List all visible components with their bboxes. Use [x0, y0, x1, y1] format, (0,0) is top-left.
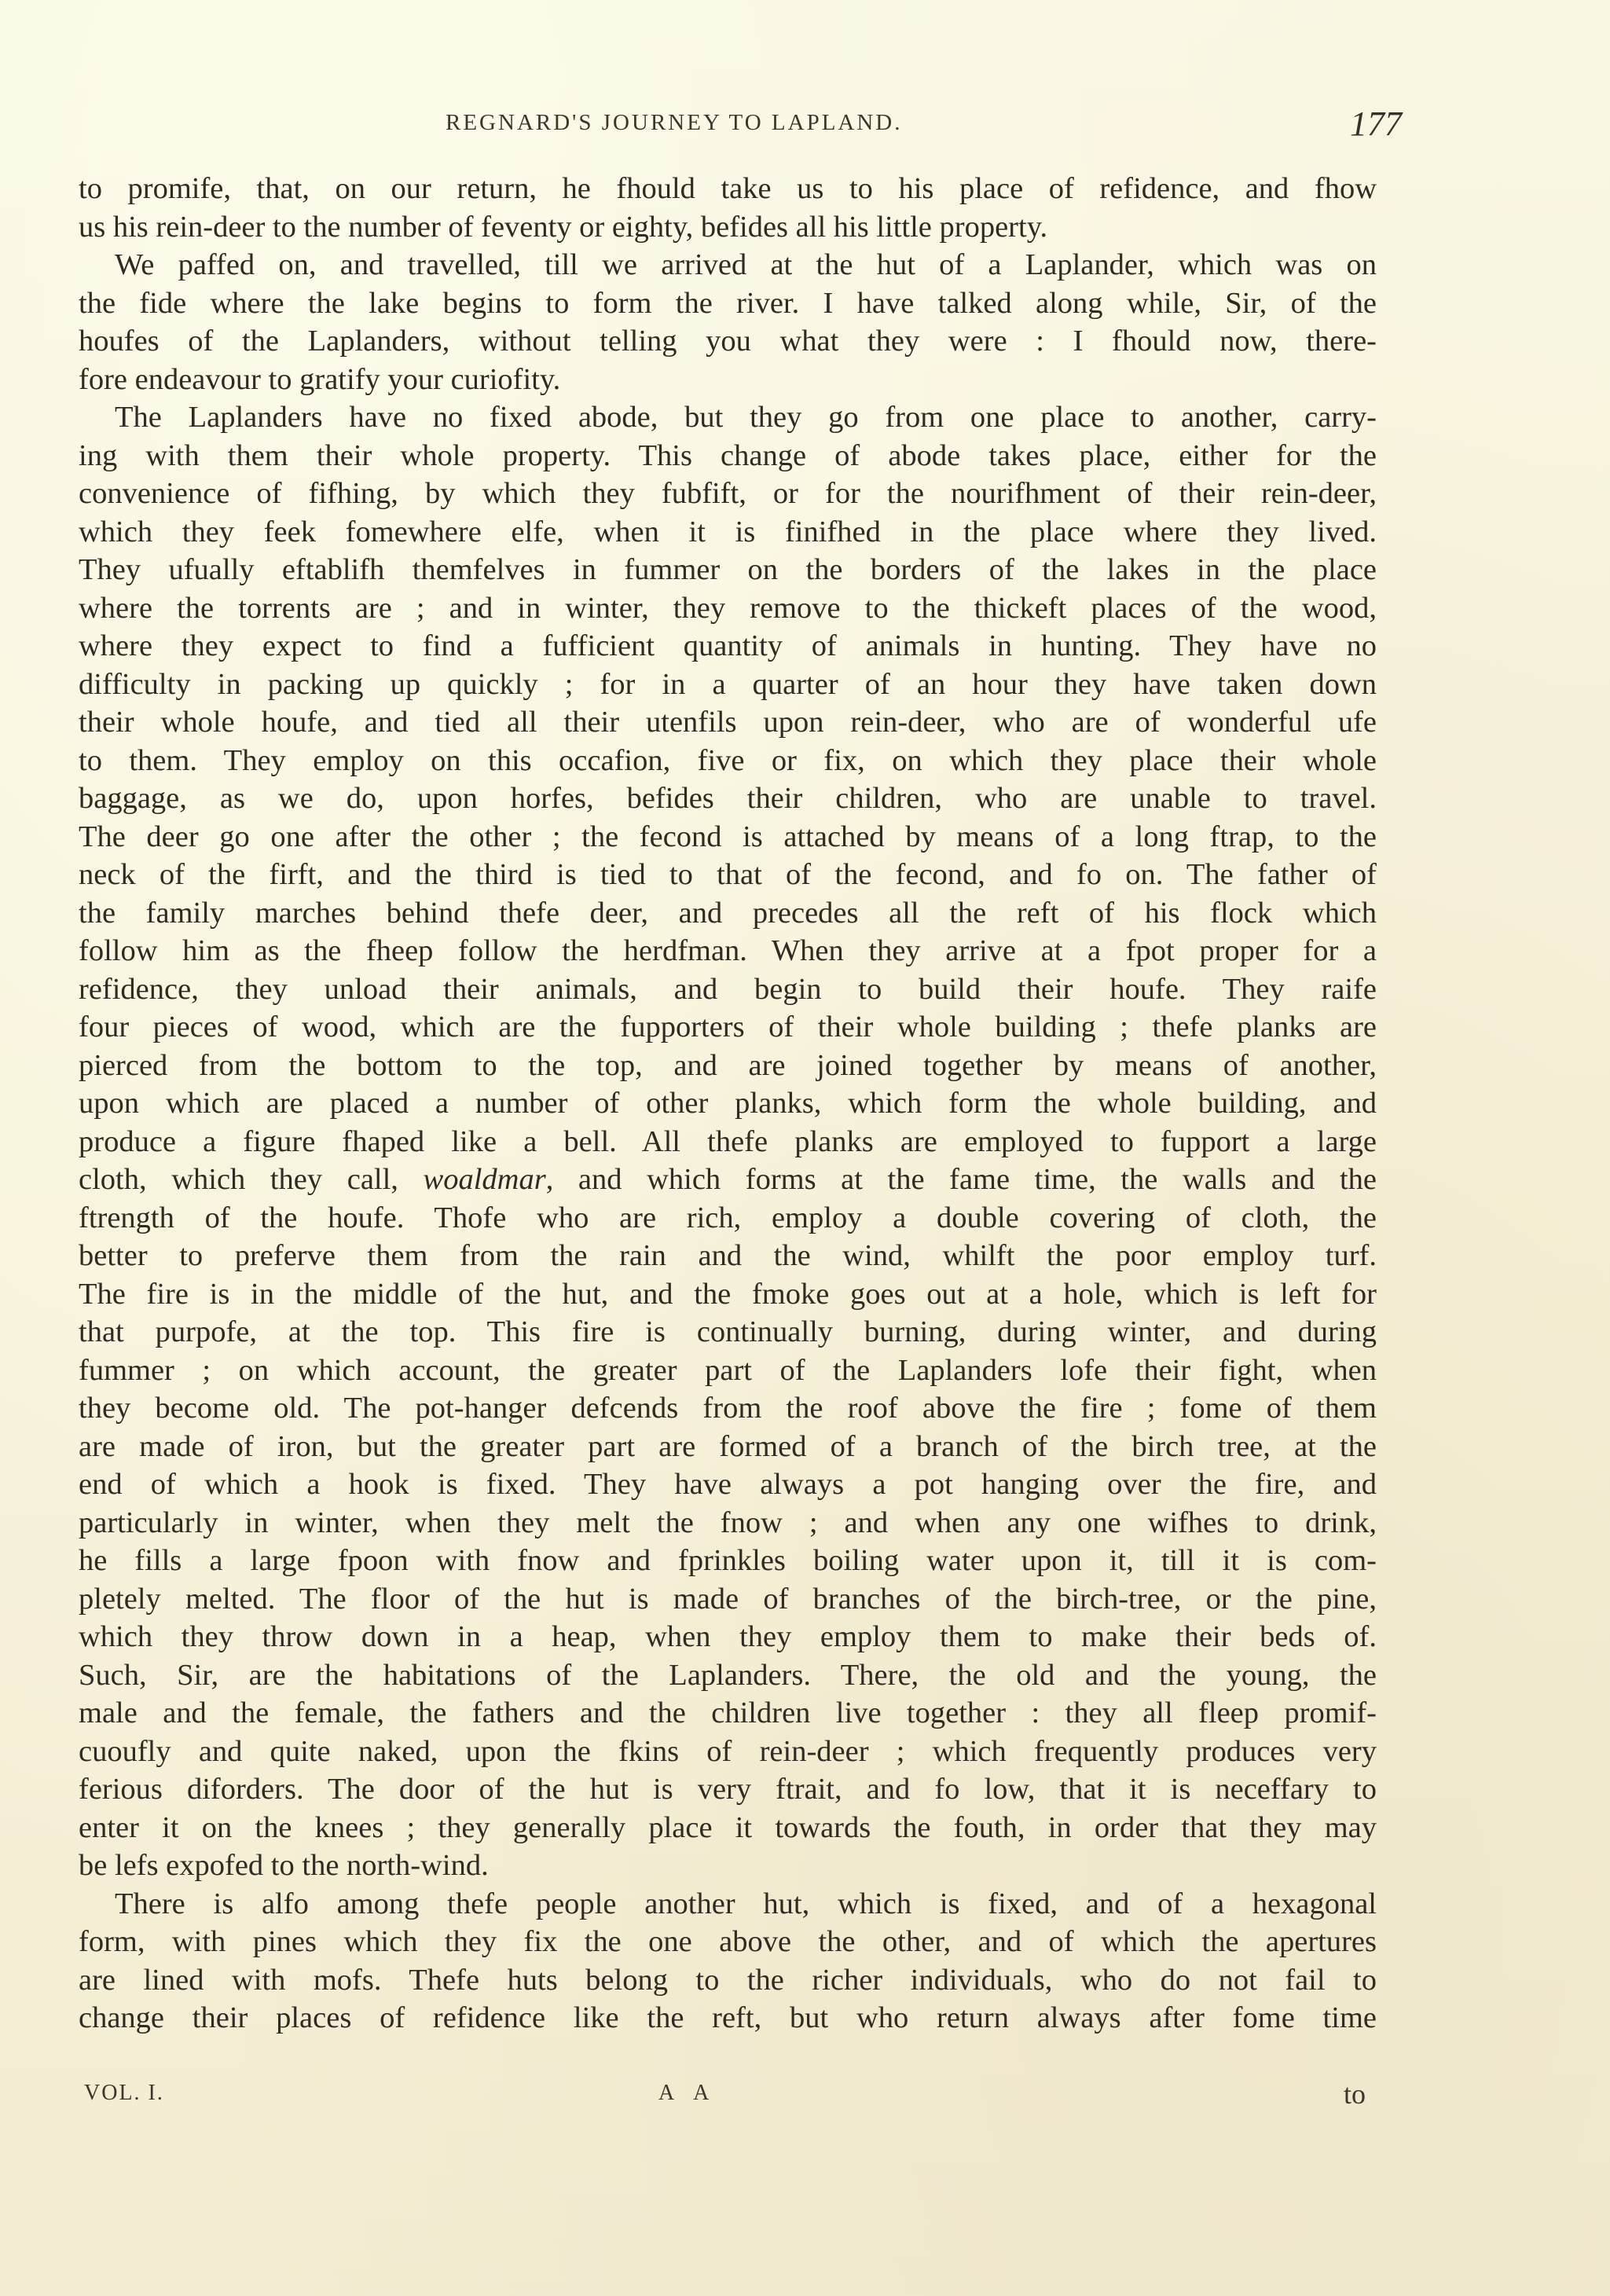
text-line: they become old. The pot-hanger defcends… — [79, 1389, 1377, 1428]
volume-label: VOL. I. — [84, 2081, 164, 2106]
catchword: to — [1344, 2078, 1366, 2111]
text-line: They ufually eftablifh themfelves in fum… — [79, 551, 1377, 589]
text-line: are made of iron, but the greater part a… — [79, 1428, 1377, 1466]
text-line: that purpofe, at the top. This fire is c… — [79, 1313, 1377, 1352]
body-text: to promife, that, on our return, he fhou… — [79, 170, 1377, 2037]
text-line: where they expect to find a fufficient q… — [79, 627, 1377, 666]
page-footer: VOL. I. A A to — [0, 2081, 1610, 2112]
text-line: be lefs expofed to the north-wind. — [79, 1847, 1377, 1885]
text-line: produce a figure fhaped like a bell. All… — [79, 1123, 1377, 1161]
text-line: to promife, that, on our return, he fhou… — [79, 170, 1377, 208]
text-line: better to preferve them from the rain an… — [79, 1237, 1377, 1275]
text-line: the family marches behind thefe deer, an… — [79, 894, 1377, 933]
text-line: four pieces of wood, which are the fuppo… — [79, 1008, 1377, 1047]
text-line: to them. They employ on this occafion, f… — [79, 742, 1377, 780]
text-line: The fire is in the middle of the hut, an… — [79, 1275, 1377, 1314]
italic-term: woaldmar — [424, 1163, 546, 1196]
text-line: form, with pines which they fix the one … — [79, 1923, 1377, 1961]
text-line: which they feek fomewhere elfe, when it … — [79, 513, 1377, 552]
text-line: fummer ; on which account, the greater p… — [79, 1352, 1377, 1390]
text-line: us his rein-deer to the number of fevent… — [79, 208, 1377, 247]
text-line: The deer go one after the other ; the fe… — [79, 818, 1377, 856]
text-line: difficulty in packing up quickly ; for i… — [79, 666, 1377, 704]
text-line: The Laplanders have no fixed abode, but … — [79, 398, 1377, 437]
text-line: fore endeavour to gratify your curiofity… — [79, 361, 1377, 399]
text-line: We paffed on, and travelled, till we arr… — [79, 246, 1377, 284]
text-line: are lined with mofs. Thefe huts belong t… — [79, 1961, 1377, 2000]
text-line: which they throw down in a heap, when th… — [79, 1618, 1377, 1656]
text-line: particularly in winter, when they melt t… — [79, 1504, 1377, 1542]
text-line: enter it on the knees ; they generally p… — [79, 1809, 1377, 1847]
text-line: cloth, which they call, woaldmar, and wh… — [79, 1161, 1377, 1199]
text-line: baggage, as we do, upon horfes, befides … — [79, 779, 1377, 818]
text-line: their whole houfe, and tied all their ut… — [79, 703, 1377, 742]
text-line: end of which a hook is fixed. They have … — [79, 1465, 1377, 1504]
text-line: pletely melted. The floor of the hut is … — [79, 1580, 1377, 1619]
text-line: convenience of fifhing, by which they fu… — [79, 475, 1377, 513]
text-line: ferious diforders. The door of the hut i… — [79, 1770, 1377, 1809]
text-line: follow him as the fheep follow the herdf… — [79, 932, 1377, 970]
text-line: change their places of refidence like th… — [79, 1999, 1377, 2037]
text-line: upon which are placed a number of other … — [79, 1084, 1377, 1123]
text-line: houfes of the Laplanders, without tellin… — [79, 322, 1377, 361]
signature-mark: A A — [658, 2081, 717, 2106]
text-line: Such, Sir, are the habitations of the La… — [79, 1656, 1377, 1695]
text-line: pierced from the bottom to the top, and … — [79, 1047, 1377, 1085]
text-line: There is alfo among thefe people another… — [79, 1885, 1377, 1924]
text-line: ing with them their whole property. This… — [79, 437, 1377, 475]
text-line: cuoufly and quite naked, upon the fkins … — [79, 1733, 1377, 1771]
text-line: ftrength of the houfe. Thofe who are ric… — [79, 1199, 1377, 1238]
text-line: where the torrents are ; and in winter, … — [79, 589, 1377, 628]
running-title: REGNARD'S JOURNEY TO LAPLAND. — [446, 110, 903, 136]
text-line: refidence, they unload their animals, an… — [79, 970, 1377, 1009]
text-line: the fide where the lake begins to form t… — [79, 284, 1377, 323]
text-line: male and the female, the fathers and the… — [79, 1694, 1377, 1733]
text-line: neck of the firft, and the third is tied… — [79, 856, 1377, 894]
page-number: 177 — [1350, 104, 1402, 144]
book-page: REGNARD'S JOURNEY TO LAPLAND. 177 to pro… — [0, 0, 1610, 2296]
text-line: he fills a large fpoon with fnow and fpr… — [79, 1542, 1377, 1580]
